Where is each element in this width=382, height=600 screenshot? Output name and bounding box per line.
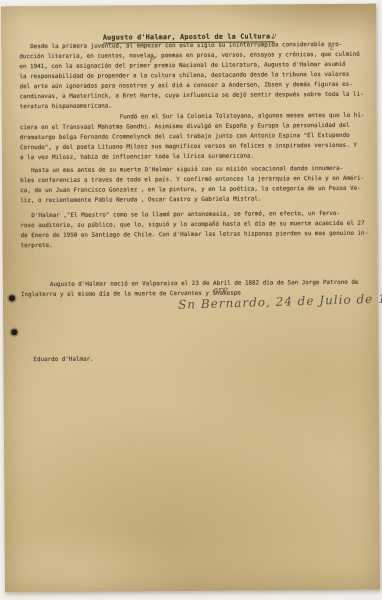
paragraph-4: D'Halmar ,"El Maestro" como se lo llamó … xyxy=(20,209,361,251)
scanned-letter: Augusto d'Halmar, Apostol de la Cultura.… xyxy=(0,0,382,600)
paragraph-3: Hasta un mes antes de su muerte D'Halmar… xyxy=(20,164,361,206)
handwritten-correction-y: y xyxy=(272,31,276,39)
typed-line: a la vez Milosz, había de influenciar to… xyxy=(20,151,361,163)
typed-line: liz, o recientemente Pablo Neruda , Osca… xyxy=(20,194,361,206)
punch-hole-bottom xyxy=(11,329,17,335)
paragraph-1: Desde la primera juventud, al empezar co… xyxy=(19,40,360,112)
paper-sheet: Augusto d'Halmar, Apostol de la Cultura.… xyxy=(1,4,380,593)
punch-hole-top xyxy=(9,295,15,301)
handwritten-correction-p: P xyxy=(149,55,154,64)
handwritten-correction-c: c xyxy=(330,44,334,52)
paragraph-2: Fundó en el Sur la Colonia Tolstoyana, a… xyxy=(20,111,361,163)
handwritten-correction-shakespeare: are xyxy=(213,285,229,296)
typed-signature: Eduardo d'Halmar. xyxy=(33,355,93,365)
